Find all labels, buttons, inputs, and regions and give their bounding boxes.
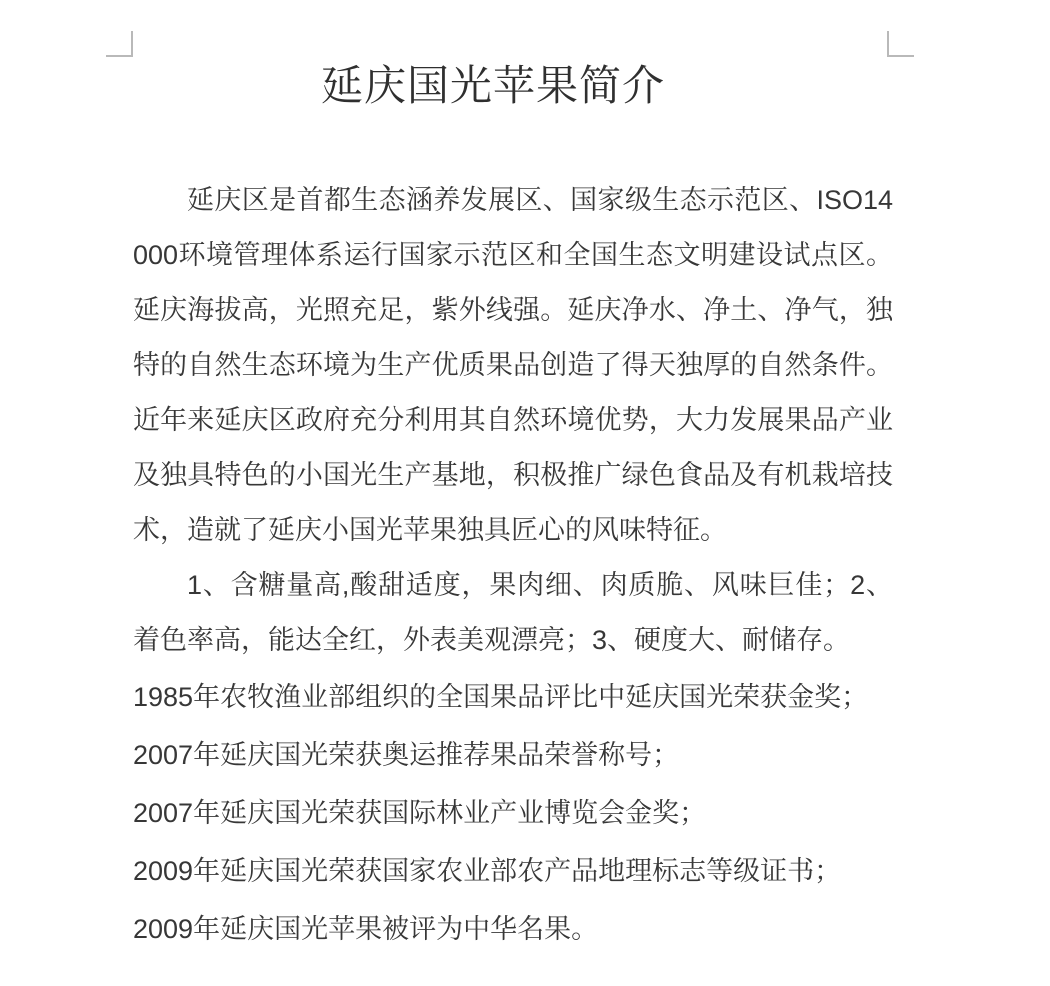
paragraph-award-2007-expo: 2007年延庆国光荣获国际林业产业博览会金奖；: [133, 784, 893, 842]
document-page: 延庆国光苹果简介 延庆区是首都生态涵养发展区、国家级生态示范区、ISO14000…: [0, 0, 1050, 986]
paragraph-award-2009-geo: 2009年延庆国光荣获国家农业部农产品地理标志等级证书；: [133, 842, 893, 900]
paragraph-award-2007-olympic: 2007年延庆国光荣获奥运推荐果品荣誉称号；: [133, 726, 893, 784]
margin-crop-mark-top-left: [106, 31, 133, 57]
paragraph-award-2009-famous: 2009年延庆国光苹果被评为中华名果。: [133, 900, 893, 958]
paragraph-intro: 延庆区是首都生态涵养发展区、国家级生态示范区、ISO14000环境管理体系运行国…: [133, 173, 893, 558]
paragraph-features: 1、含糖量高,酸甜适度，果肉细、肉质脆、风味巨佳；2、着色率高，能达全红，外表美…: [133, 558, 893, 668]
paragraph-award-1985: 1985年农牧渔业部组织的全国果品评比中延庆国光荣获金奖；: [133, 668, 893, 726]
document-body: 延庆国光苹果简介 延庆区是首都生态涵养发展区、国家级生态示范区、ISO14000…: [133, 0, 893, 958]
document-title: 延庆国光苹果简介: [133, 62, 853, 110]
